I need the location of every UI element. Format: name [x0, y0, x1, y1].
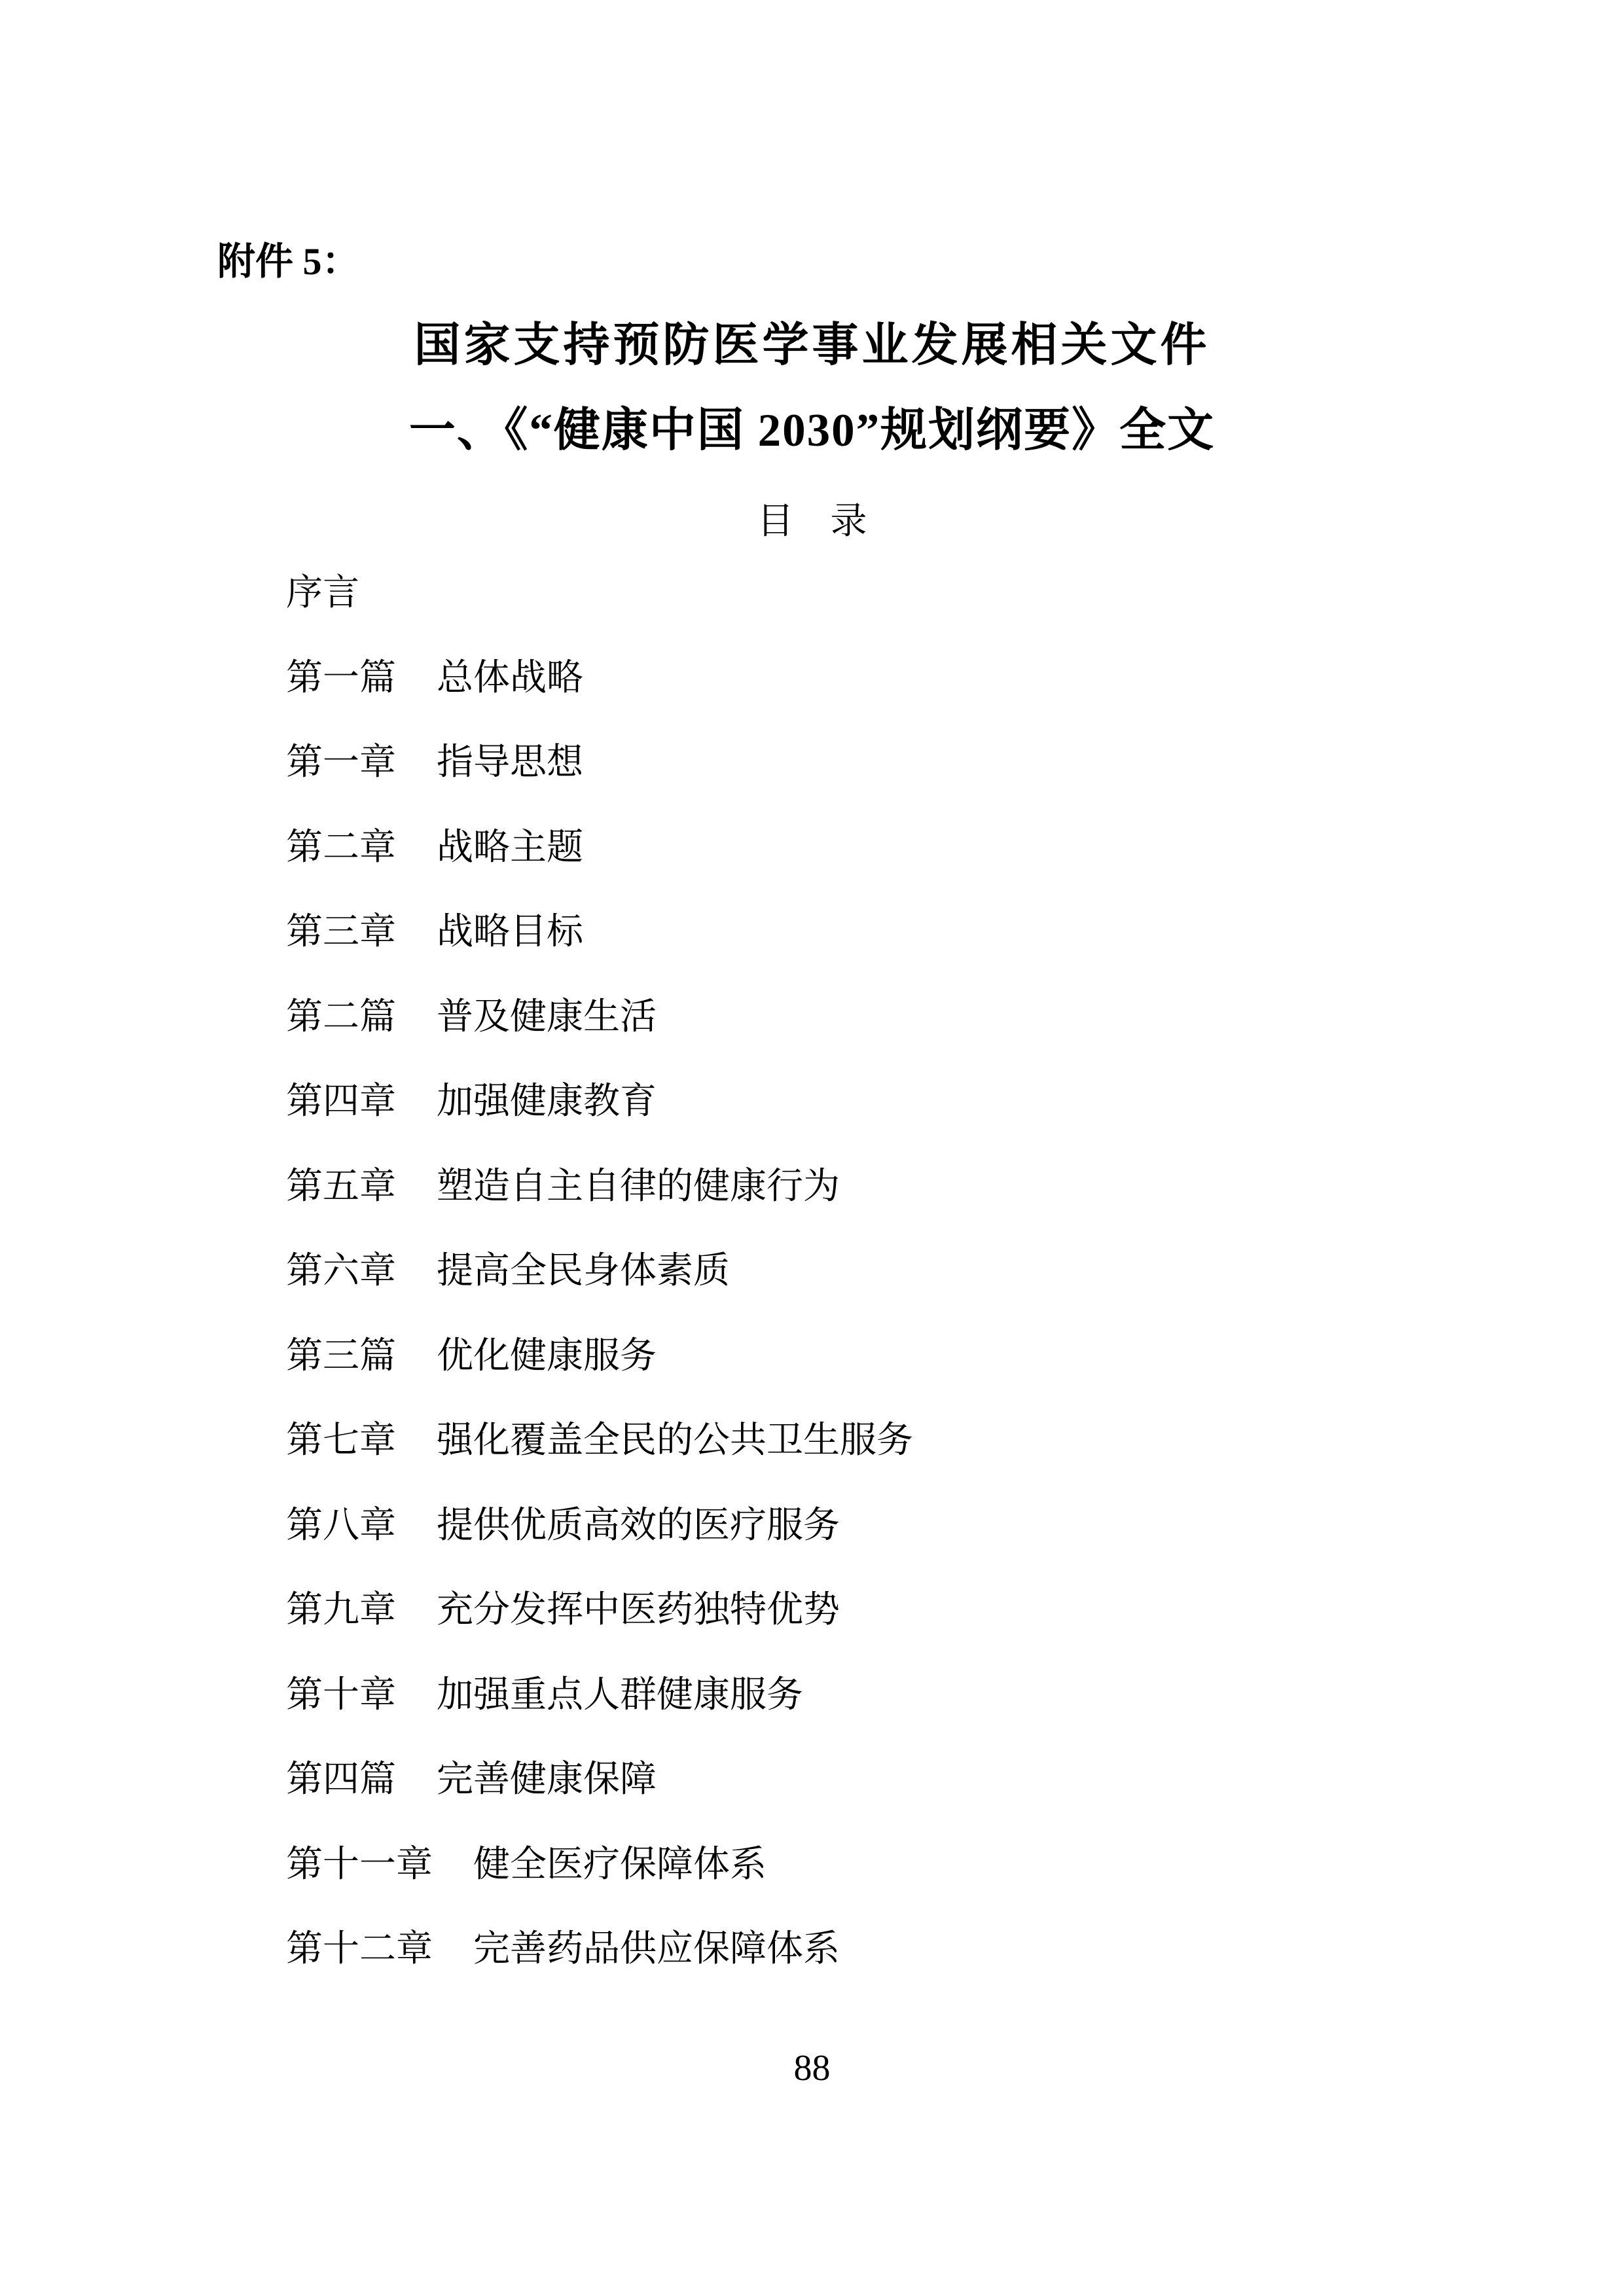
toc-item-label: 第十二章 [286, 1931, 433, 1967]
toc-item-label: 第十章 [286, 1677, 396, 1713]
toc-item-title: 健全医疗保障体系 [473, 1846, 767, 1883]
toc-item-title: 提供优质高效的医疗服务 [437, 1507, 840, 1544]
page-number: 88 [0, 2047, 1624, 2089]
toc-item-label: 第五章 [286, 1168, 396, 1205]
toc-item-title: 塑造自主自律的健康行为 [437, 1168, 840, 1205]
toc-item-label: 第三篇 [286, 1338, 396, 1374]
toc-item-title: 加强健康教育 [437, 1083, 657, 1120]
toc-item: 第五章 塑造自主自律的健康行为 [286, 1168, 1545, 1253]
toc-item-label: 第二章 [286, 829, 396, 866]
toc-item: 第二章 战略主题 [286, 829, 1545, 914]
document-page: 附件 5： 国家支持预防医学事业发展相关文件 一、《“健康中国 2030”规划纲… [0, 0, 1624, 2296]
toc-item: 第十二章 完善药品供应保障体系 [286, 1931, 1545, 2016]
toc-item: 第十一章 健全医疗保障体系 [286, 1846, 1545, 1931]
toc-item-title: 战略目标 [437, 914, 583, 950]
toc-item: 第一篇 总体战略 [286, 660, 1545, 745]
toc-item-label: 第七章 [286, 1422, 396, 1459]
toc-item-title: 完善健康保障 [437, 1761, 657, 1798]
toc-item-title: 普及健康生活 [437, 999, 657, 1035]
document-subtitle: 一、《“健康中国 2030”规划纲要》全文 [0, 393, 1624, 459]
toc-item-title: 充分发挥中医药独特优势 [437, 1592, 840, 1628]
toc-list: 序言 第一篇 总体战略 第一章 指导思想 第二章 战略主题 第三章 战略目标 第… [286, 575, 1545, 2016]
toc-item: 序言 [286, 575, 1545, 660]
toc-item: 第十章 加强重点人群健康服务 [286, 1677, 1545, 1762]
toc-item: 第九章 充分发挥中医药独特优势 [286, 1592, 1545, 1677]
toc-item-label: 第二篇 [286, 999, 396, 1035]
document-title: 国家支持预防医学事业发展相关文件 [0, 308, 1624, 374]
toc-item: 第一章 指导思想 [286, 744, 1545, 829]
toc-item-label: 第四篇 [286, 1761, 396, 1798]
toc-item-label: 第一章 [286, 744, 396, 781]
toc-item-title: 总体战略 [437, 660, 583, 696]
toc-item: 第八章 提供优质高效的医疗服务 [286, 1507, 1545, 1592]
toc-item-title: 战略主题 [437, 829, 583, 866]
toc-item: 第二篇 普及健康生活 [286, 999, 1545, 1084]
toc-item: 第七章 强化覆盖全民的公共卫生服务 [286, 1422, 1545, 1507]
toc-item-label: 第四章 [286, 1083, 396, 1120]
toc-item: 第三章 战略目标 [286, 914, 1545, 999]
toc-item: 第四篇 完善健康保障 [286, 1761, 1545, 1846]
toc-item-label: 第一篇 [286, 660, 396, 696]
toc-item-title: 完善药品供应保障体系 [473, 1931, 840, 1967]
toc-item-title: 强化覆盖全民的公共卫生服务 [437, 1422, 913, 1459]
toc-item: 第六章 提高全民身体素质 [286, 1253, 1545, 1338]
toc-item-label: 第八章 [286, 1507, 396, 1544]
toc-item-title: 优化健康服务 [437, 1338, 657, 1374]
toc-item-label: 第六章 [286, 1253, 396, 1289]
toc-item-title: 提高全民身体素质 [437, 1253, 730, 1289]
toc-item-label: 序言 [286, 575, 359, 611]
toc-item-label: 第九章 [286, 1592, 396, 1628]
toc-item: 第四章 加强健康教育 [286, 1083, 1545, 1168]
toc-item: 第三篇 优化健康服务 [286, 1338, 1545, 1423]
toc-item-label: 第十一章 [286, 1846, 433, 1883]
toc-item-title: 指导思想 [437, 744, 583, 781]
attachment-label: 附件 5： [217, 230, 360, 285]
toc-heading: 目 录 [0, 492, 1624, 545]
toc-item-title: 加强重点人群健康服务 [437, 1677, 803, 1713]
toc-item-label: 第三章 [286, 914, 396, 950]
